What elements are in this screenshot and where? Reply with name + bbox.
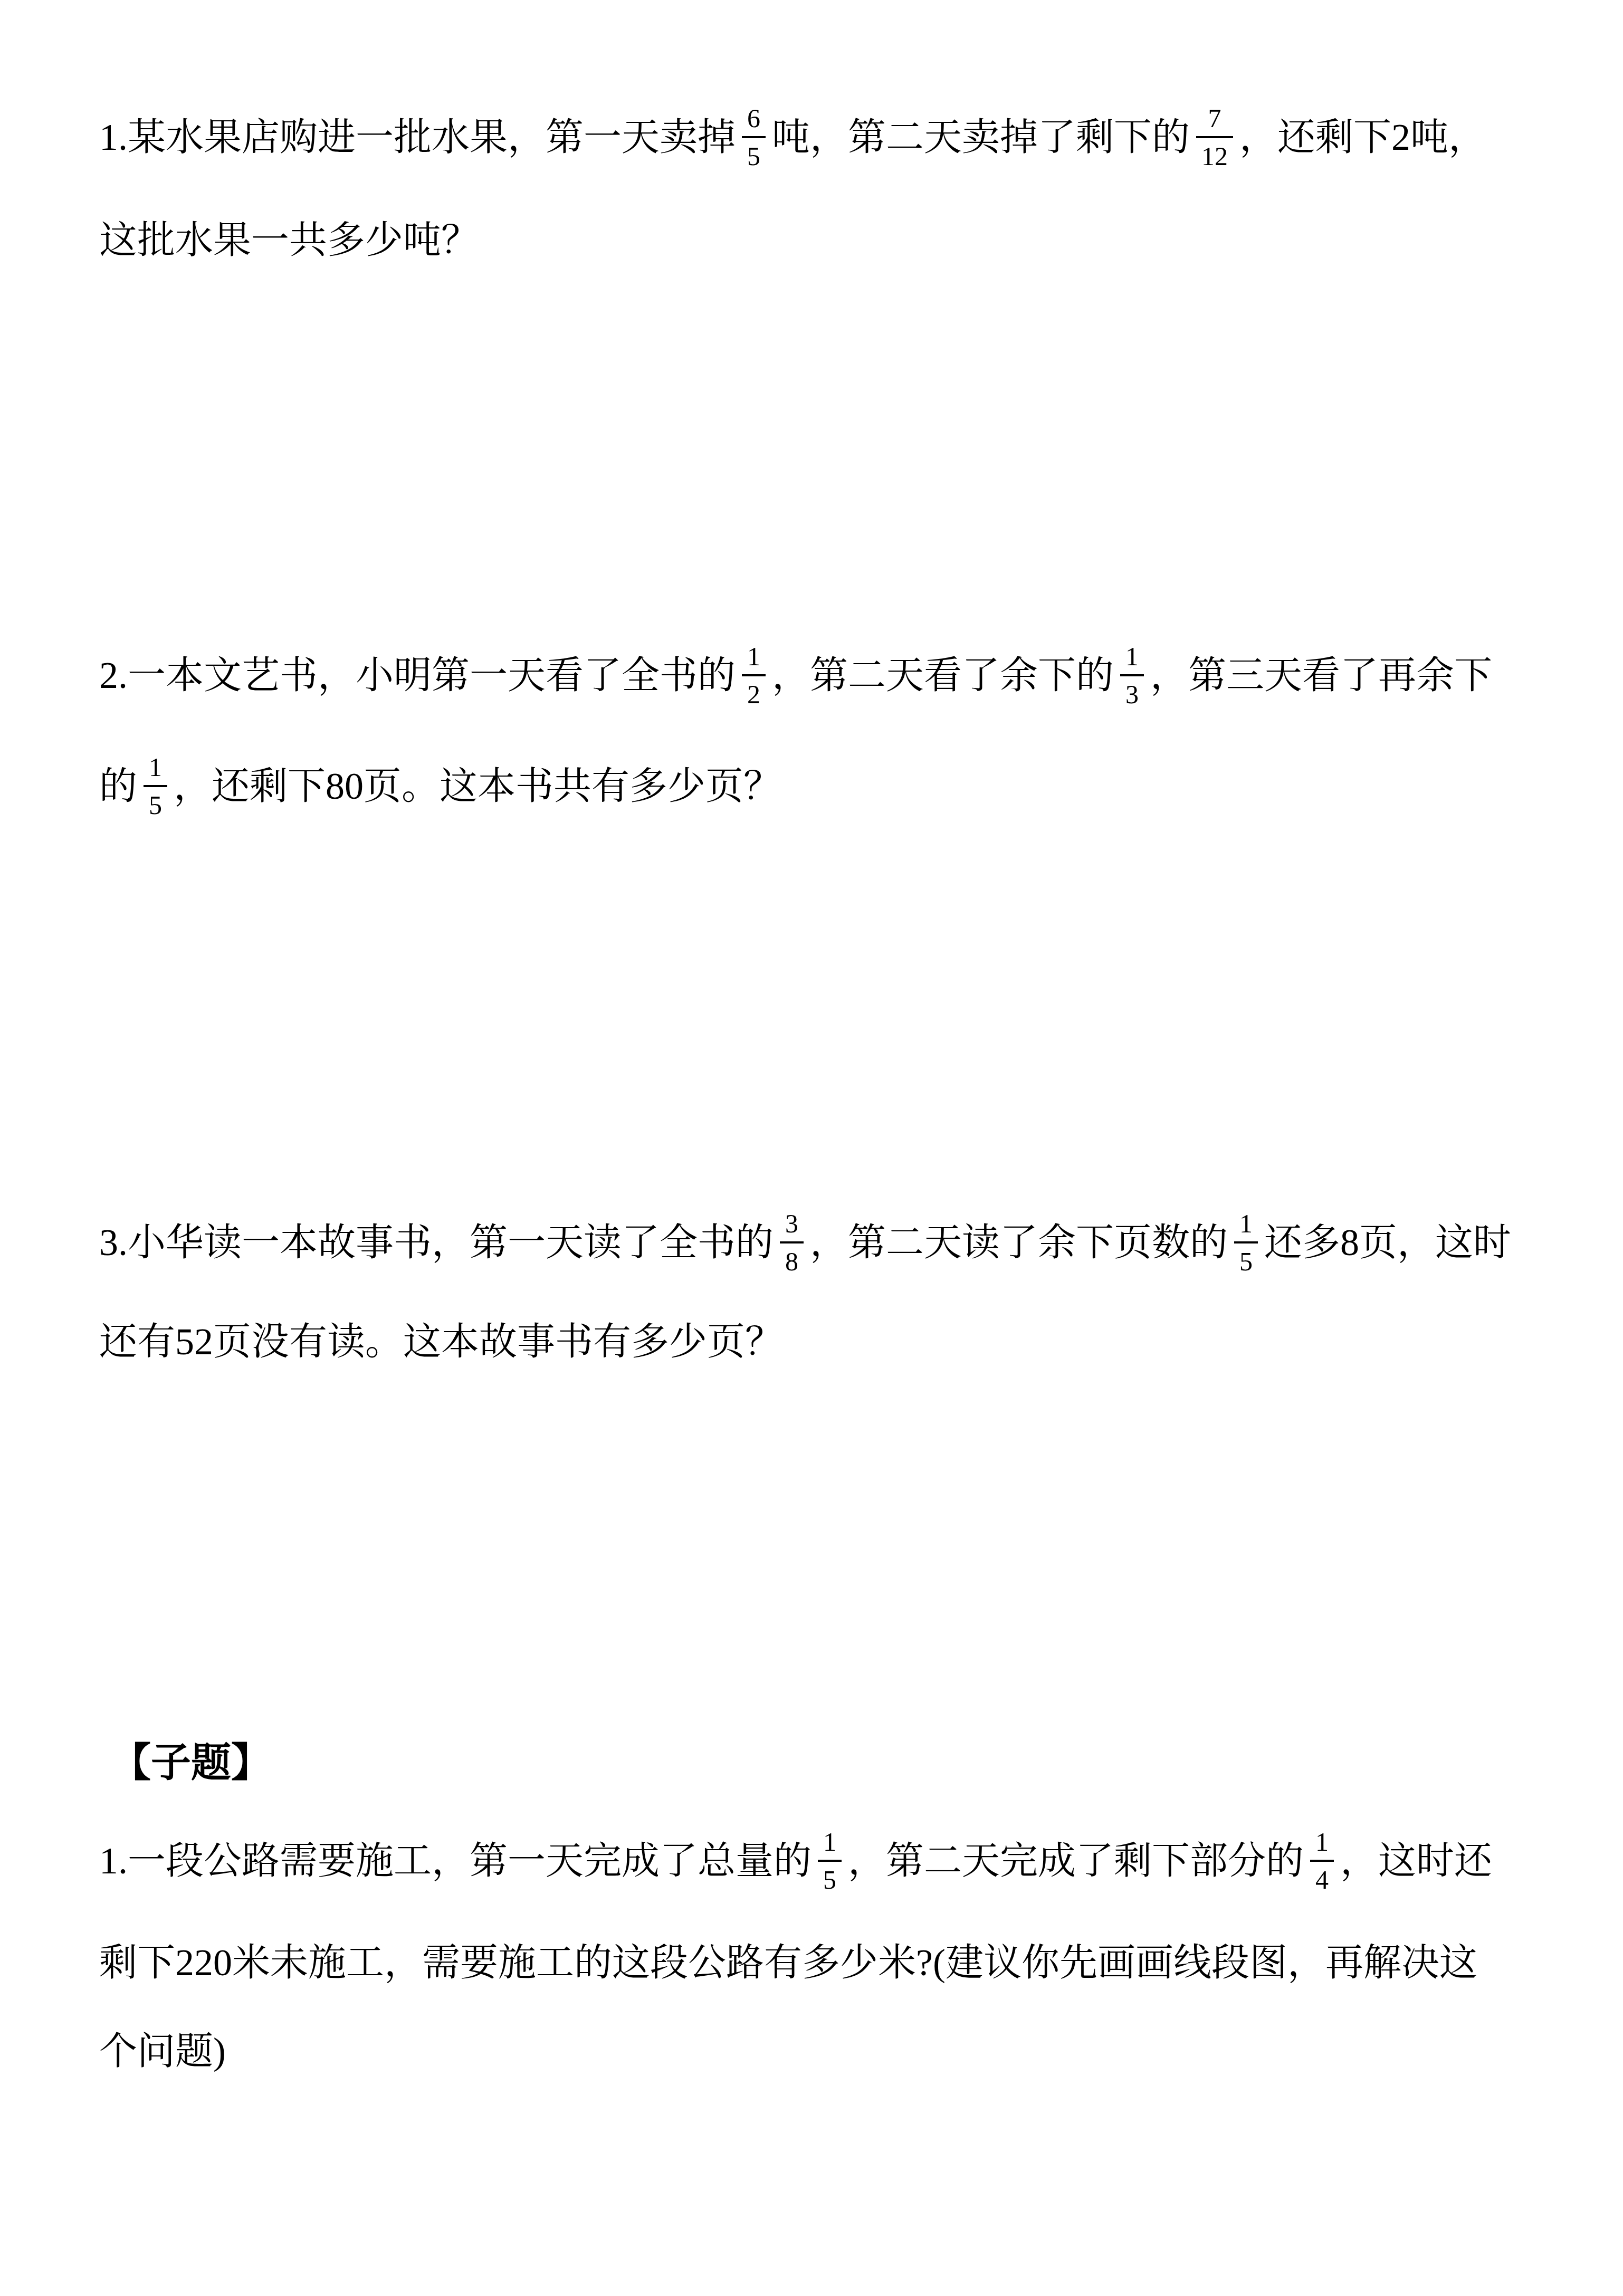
fraction-6-5: 6 5 bbox=[742, 105, 766, 169]
fraction-denominator: 4 bbox=[1310, 1860, 1334, 1893]
fraction-denominator: 5 bbox=[144, 785, 167, 818]
subproblem-1-text-5: 个问题) bbox=[99, 2032, 226, 2070]
problem-1-text-1: 1.某水果店购进一批水果，第一天卖掉 bbox=[99, 118, 736, 156]
section-heading: 【子题】 bbox=[111, 1743, 271, 1783]
problem-1-text-3: ，还剩下2吨， bbox=[1239, 118, 1486, 156]
fraction-denominator: 5 bbox=[1234, 1241, 1258, 1275]
fraction-numerator: 1 bbox=[1120, 643, 1144, 674]
problem-3-question: 还有52页没有读。这本故事书有多少页？ bbox=[99, 1323, 783, 1361]
problem-1-line-2: 这批水果一共多少吨？ bbox=[99, 221, 479, 259]
problem-2-text-1: 2.一本文艺书，小明第一天看了全书的 bbox=[99, 656, 736, 694]
problem-2-line-1: 2.一本文艺书，小明第一天看了全书的 1 2 ，第二天看了余下的 1 3 ，第三… bbox=[99, 643, 1492, 707]
fraction-numerator: 6 bbox=[742, 105, 766, 136]
fraction-1-3: 1 3 bbox=[1120, 643, 1144, 707]
problem-3-text-2: ，第二天读了余下页数的 bbox=[810, 1223, 1228, 1261]
fraction-denominator: 5 bbox=[818, 1860, 842, 1893]
fraction-1-4: 1 4 bbox=[1310, 1829, 1334, 1893]
fraction-numerator: 1 bbox=[144, 754, 167, 785]
fraction-7-12: 7 12 bbox=[1196, 105, 1233, 169]
subproblem-1-text-4: 剩下220米未施工，需要施工的这段公路有多少米?(建议你先画画线段图，再解决这 bbox=[99, 1944, 1477, 1982]
fraction-denominator: 12 bbox=[1196, 136, 1233, 169]
fraction-denominator: 8 bbox=[780, 1241, 804, 1275]
problem-1-line-1: 1.某水果店购进一批水果，第一天卖掉 6 5 吨，第二天卖掉了剩下的 7 12 … bbox=[99, 105, 1486, 169]
fraction-1-5: 1 5 bbox=[1234, 1210, 1258, 1275]
problem-2-text-3: ，第三天看了再余下 bbox=[1150, 656, 1492, 694]
problem-1-text-2: 吨，第二天卖掉了剩下的 bbox=[772, 118, 1190, 156]
problem-2-line-2: 的 1 5 ，还剩下80页。这本书共有多少页？ bbox=[99, 754, 781, 818]
subproblem-1-text-1: 1.一段公路需要施工，第一天完成了总量的 bbox=[99, 1842, 811, 1880]
subproblem-1-text-3: ，这时还 bbox=[1340, 1842, 1492, 1880]
problem-3-text-3: 还多8页，这时 bbox=[1264, 1223, 1511, 1261]
fraction-1-5: 1 5 bbox=[144, 754, 167, 818]
problem-2-text-4: 的 bbox=[99, 767, 137, 805]
fraction-numerator: 1 bbox=[1234, 1210, 1258, 1241]
problem-2-text-2: ，第二天看了余下的 bbox=[772, 656, 1114, 694]
problem-2-question: ，还剩下80页。这本书共有多少页？ bbox=[174, 767, 781, 805]
fraction-numerator: 7 bbox=[1203, 105, 1227, 136]
section-heading-text: 【子题】 bbox=[111, 1743, 271, 1783]
fraction-denominator: 5 bbox=[742, 136, 766, 169]
subproblem-1-line-1: 1.一段公路需要施工，第一天完成了总量的 1 5 ，第二天完成了剩下部分的 1 … bbox=[99, 1829, 1492, 1893]
problem-3-line-1: 3.小华读一本故事书，第一天读了全书的 3 8 ，第二天读了余下页数的 1 5 … bbox=[99, 1210, 1511, 1275]
subproblem-1-line-3: 个问题) bbox=[99, 2032, 226, 2070]
fraction-denominator: 3 bbox=[1120, 674, 1144, 707]
fraction-3-8: 3 8 bbox=[780, 1210, 804, 1275]
problem-1-question: 这批水果一共多少吨？ bbox=[99, 221, 479, 259]
worksheet-page: 1.某水果店购进一批水果，第一天卖掉 6 5 吨，第二天卖掉了剩下的 7 12 … bbox=[0, 0, 1623, 2296]
fraction-1-2: 1 2 bbox=[742, 643, 766, 707]
fraction-1-5: 1 5 bbox=[818, 1829, 842, 1893]
fraction-numerator: 1 bbox=[1310, 1829, 1334, 1860]
subproblem-1-text-2: ，第二天完成了剩下部分的 bbox=[848, 1842, 1304, 1880]
fraction-numerator: 3 bbox=[780, 1210, 804, 1241]
fraction-numerator: 1 bbox=[742, 643, 766, 674]
fraction-denominator: 2 bbox=[742, 674, 766, 707]
problem-3-line-2: 还有52页没有读。这本故事书有多少页？ bbox=[99, 1323, 783, 1361]
subproblem-1-line-2: 剩下220米未施工，需要施工的这段公路有多少米?(建议你先画画线段图，再解决这 bbox=[99, 1944, 1477, 1982]
problem-3-text-1: 3.小华读一本故事书，第一天读了全书的 bbox=[99, 1223, 774, 1261]
fraction-numerator: 1 bbox=[818, 1829, 842, 1860]
